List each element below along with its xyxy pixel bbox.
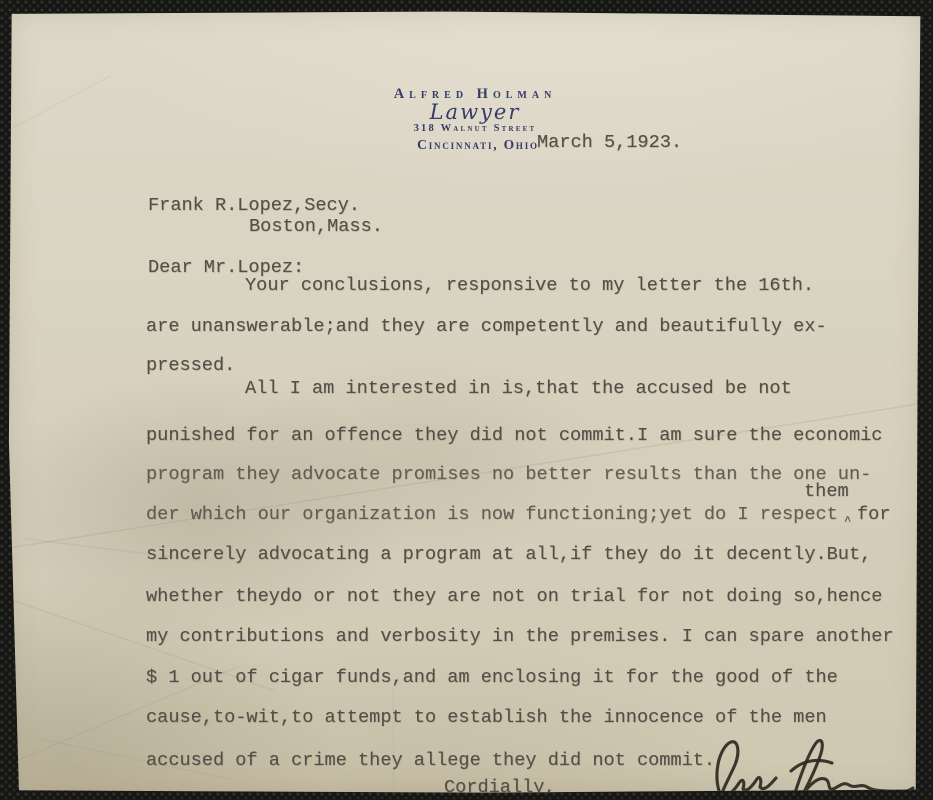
scan-background: Alfred Holman Lawyer 318 Walnut Street C… <box>0 0 933 800</box>
letterhead-city: Cincinnati, Ohio <box>412 137 544 153</box>
body-line-12: cause,to-wit,to attempt to establish the… <box>146 709 827 728</box>
body-line-9: whether theydo or not they are not on tr… <box>146 588 882 607</box>
letterhead-title: Lawyer <box>400 100 550 124</box>
body-line-7b: for <box>857 506 890 525</box>
date-line: March 5,1923. <box>537 134 682 153</box>
recipient-city: Boston,Mass. <box>249 218 383 237</box>
crease-vertical-fold <box>392 688 395 792</box>
body-line-6: program they advocate promises no better… <box>146 466 871 485</box>
body-line-13: accused of a crime they allege they did … <box>146 752 715 771</box>
recipient-name: Frank R.Lopez,Secy. <box>148 197 360 216</box>
signature-autograph <box>706 732 918 800</box>
insertion-word: them <box>804 483 849 502</box>
body-line-2: are unanswerable;and they are competentl… <box>146 318 827 337</box>
body-line-11: $ 1 out of cigar funds,and am enclosing … <box>146 669 838 688</box>
closing: Cordially, <box>444 779 556 798</box>
letter-paper: Alfred Holman Lawyer 318 Walnut Street C… <box>8 10 924 795</box>
body-line-5: punished for an offence they did not com… <box>146 427 882 446</box>
crease-topleft <box>0 75 111 139</box>
letterhead-street: 318 Walnut Street <box>395 123 555 134</box>
body-line-4: All I am interested in is,that the accus… <box>245 380 792 399</box>
body-line-10: my contributions and verbosity in the pr… <box>146 628 894 647</box>
body-line-3: pressed. <box>146 357 235 376</box>
insertion-caret: ^ <box>844 515 851 527</box>
body-line-1: Your conclusions, responsive to my lette… <box>245 277 814 296</box>
body-line-7: der which our organization is now functi… <box>146 506 838 525</box>
body-line-8: sincerely advocating a program at all,if… <box>146 546 871 565</box>
